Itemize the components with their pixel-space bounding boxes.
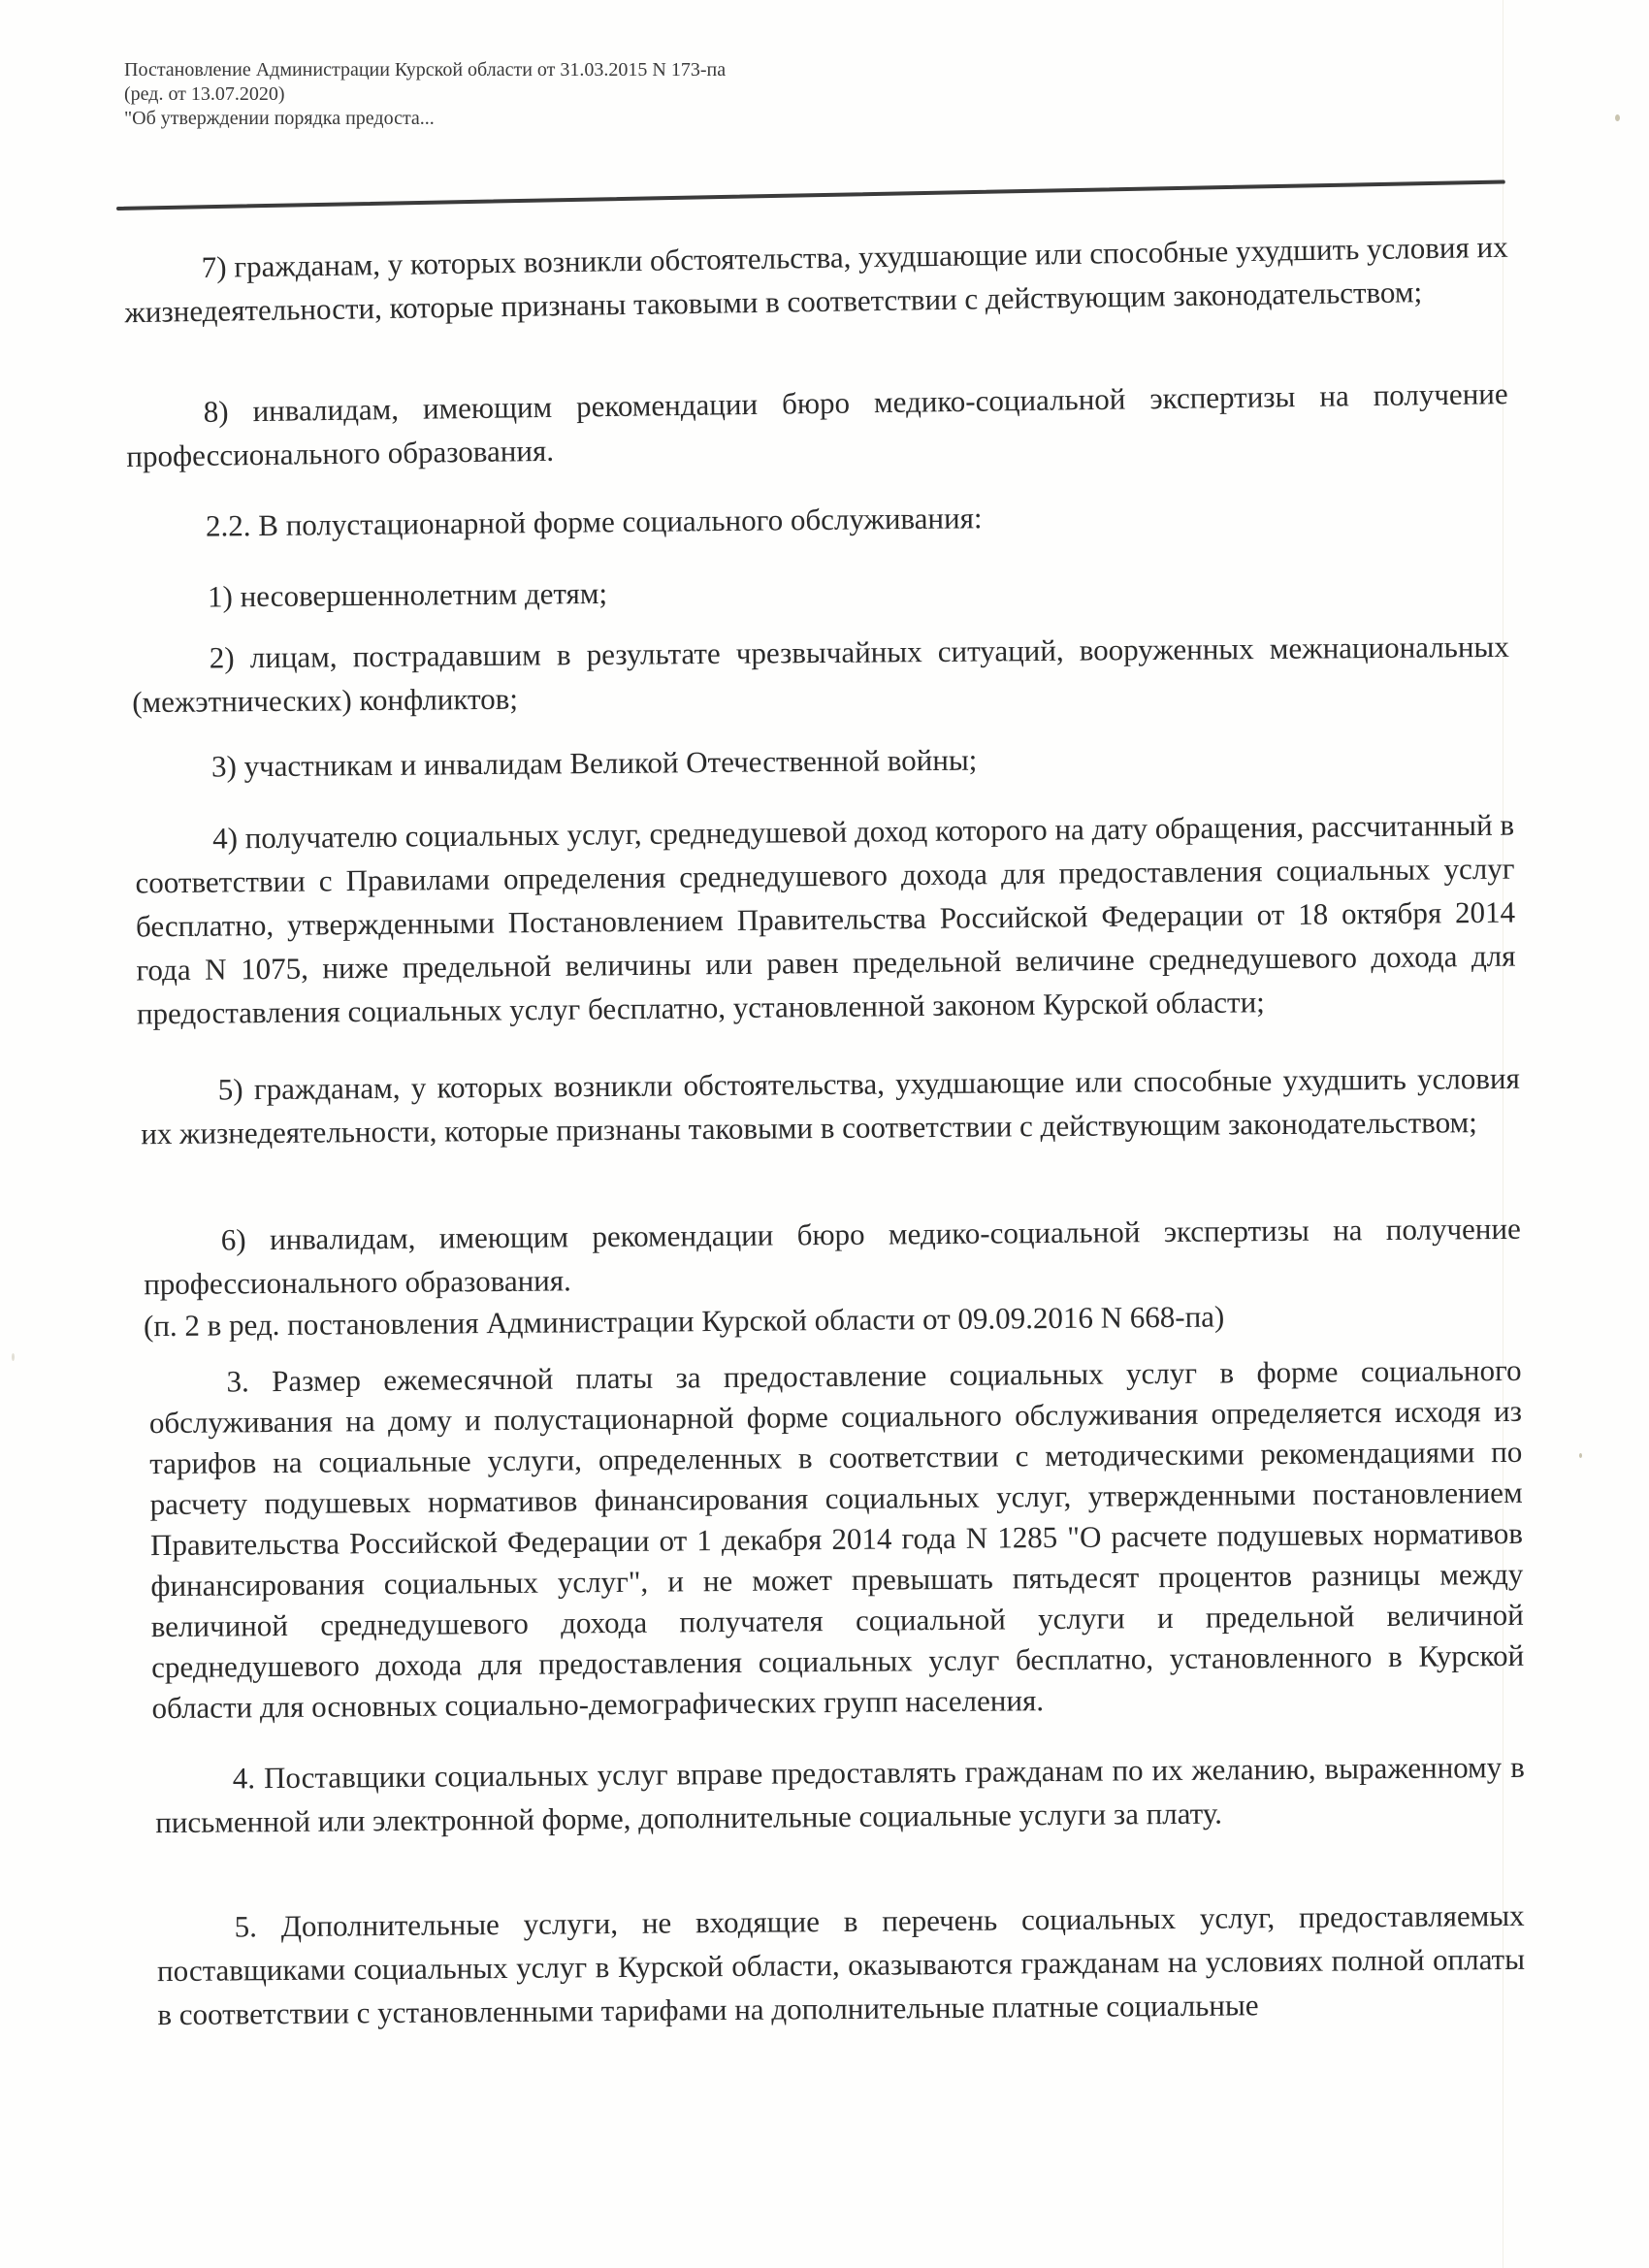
paragraph-3: 3. Размер ежемесячной платы за предостав… — [148, 1350, 1524, 1729]
document-body: 7) гражданам, у которых возникли обстоят… — [0, 0, 1649, 2268]
scanned-page: Постановление Администрации Курской обла… — [0, 0, 1649, 2268]
paragraph-4: 4. Поставщики социальных услуг вправе пр… — [155, 1745, 1526, 1844]
list-item-4: 4) получателю социальных услуг, среднеду… — [135, 803, 1516, 1036]
paragraph-item-8: 8) инвалидам, имеющим рекомендации бюро … — [125, 372, 1508, 478]
list-item-3: 3) участникам и инвалидам Великой Отечес… — [134, 733, 1511, 789]
list-item-6: 6) инвалидам, имеющим рекомендации бюро … — [144, 1207, 1522, 1306]
list-item-2: 2) лицам, пострадавшим в результате чрез… — [132, 625, 1510, 724]
list-item-1: 1) несовершеннолетним детям; — [130, 564, 1507, 619]
scan-speck — [1615, 114, 1620, 121]
list-item-5: 5) гражданам, у которых возникли обстоят… — [141, 1056, 1521, 1155]
scan-speck — [1579, 1453, 1582, 1458]
scan-speck — [12, 1353, 15, 1361]
paragraph-item-7: 7) гражданам, у которых возникли обстоят… — [123, 225, 1508, 334]
paragraph-5: 5. Дополнительные услуги, не входящие в … — [156, 1894, 1525, 2036]
section-heading-2-2: 2.2. В полустационарной форме социальног… — [128, 491, 1505, 549]
